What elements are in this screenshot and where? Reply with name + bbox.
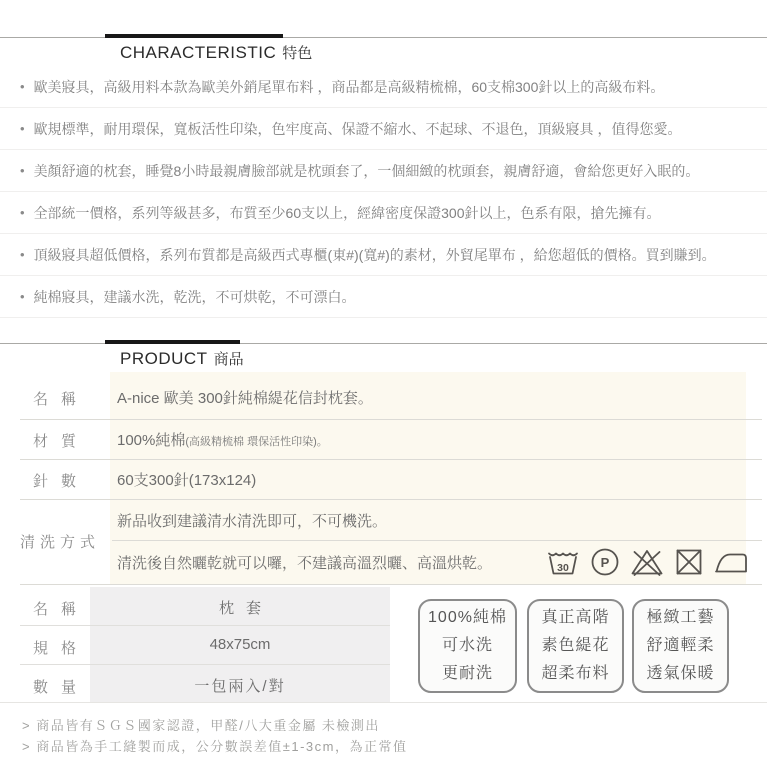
package-qty-label: 數量 (33, 676, 89, 697)
row-divider (20, 499, 762, 500)
footnote-handmade: > 商品皆為手工縫製而成，公分數誤差值±1-3cm，為正常值 (22, 736, 407, 757)
feature-item: • 全部統一價格，系列等級甚多，布質至少60支以上，經緯密度保證300針以上，色… (0, 192, 767, 234)
package-size-value: 48x75cm (90, 636, 390, 653)
care-icon-row: 30 P (545, 544, 749, 580)
row-divider (20, 584, 762, 585)
material-main: 100%純棉 (117, 432, 185, 449)
no-bleach-icon (629, 544, 665, 580)
package-name-value: 枕套 (90, 597, 390, 618)
badge-jacquard: 真正高階 素色緹花 超柔布料 (527, 599, 624, 693)
footnote-sgs: > 商品皆有ＳＧＳ國家認證，甲醛/八大重金屬 未檢測出 (22, 715, 407, 736)
feature-item: • 頂級寢具超低價格，系列布質都是高級西式專櫃(東#)(寬#)的素材，外貿尾單布… (0, 234, 767, 276)
badge-line: 極緻工藝 (646, 604, 714, 632)
badge-line: 素色緹花 (541, 632, 609, 660)
badge-craft: 極緻工藝 舒適輕柔 透氣保暖 (632, 599, 729, 693)
product-description-page: CHARACTERISTIC特色 • 歐美寢具，高級用料本款為歐美外銷尾單布料 … (0, 0, 767, 767)
spec-wash-label: 清洗方式 (20, 531, 100, 552)
characteristic-accent-bar (105, 34, 283, 38)
row-divider (20, 459, 762, 460)
feature-list: • 歐美寢具，高級用料本款為歐美外銷尾單布料 ，商品都是高級精梳棉，60支棉30… (0, 66, 767, 318)
feature-item: • 美顏舒適的枕套，睡覺8小時最親膚臉部就是枕頭套了，一個細緻的枕頭套，親膚舒適… (0, 150, 767, 192)
product-title-en: PRODUCT (120, 349, 208, 368)
row-divider (20, 664, 390, 665)
feature-item: • 純棉寢具，建議水洗，乾洗，不可烘乾，不可漂白。 (0, 276, 767, 318)
product-title-zh: 商品 (214, 351, 244, 368)
spec-material-label: 材質 (33, 430, 89, 451)
badge-cotton: 100%純棉 可水洗 更耐洗 (418, 599, 517, 693)
spec-material-value: 100%純棉(高級精梳棉 環保活性印染)。 (117, 429, 328, 450)
badge-line: 可水洗 (442, 632, 493, 660)
spec-name-label: 名稱 (33, 388, 89, 409)
badge-line: 真正高階 (541, 604, 609, 632)
no-tumble-dry-icon (671, 544, 707, 580)
bullet-icon: • (20, 247, 25, 262)
feature-text: 歐美寢具，高級用料本款為歐美外銷尾單布料 ，商品都是高級精梳棉，60支棉300針… (34, 77, 665, 97)
feature-item: • 歐規標準，耐用環保，寬板活性印染，色牢度高、保證不縮水、不起球、不退色，頂級… (0, 108, 767, 150)
badge-line: 舒適輕柔 (646, 632, 714, 660)
feature-item: • 歐美寢具，高級用料本款為歐美外銷尾單布料 ，商品都是高級精梳棉，60支棉30… (0, 66, 767, 108)
wash-instruction-1: 新品收到建議清水清洗即可，不可機洗。 (117, 510, 387, 531)
row-divider (20, 419, 762, 420)
feature-text: 頂級寢具超低價格，系列布質都是高級西式專櫃(東#)(寬#)的素材，外貿尾單布 ，… (34, 245, 716, 265)
row-divider (20, 625, 390, 626)
package-qty-value: 一包兩入/對 (90, 675, 390, 696)
wash-30-icon: 30 (545, 544, 581, 580)
bullet-icon: • (20, 121, 25, 136)
svg-text:P: P (601, 555, 610, 570)
bullet-icon: • (20, 205, 25, 220)
package-name-label: 名稱 (33, 598, 89, 619)
feature-text: 美顏舒適的枕套，睡覺8小時最親膚臉部就是枕頭套了，一個細緻的枕頭套，親膚舒適，會… (34, 161, 700, 181)
characteristic-title-en: CHARACTERISTIC (120, 43, 276, 62)
badge-line: 更耐洗 (442, 660, 493, 688)
spec-name-value: A-nice 歐美 300針純棉緹花信封枕套。 (117, 387, 373, 408)
section-bottom-rule (0, 702, 767, 703)
characteristic-title-zh: 特色 (282, 45, 312, 62)
svg-text:30: 30 (557, 562, 569, 574)
bullet-icon: • (20, 79, 25, 94)
wash-sub-divider (112, 540, 762, 541)
badge-line: 透氣保暖 (646, 660, 714, 688)
feature-text: 歐規標準，耐用環保，寬板活性印染，色牢度高、保證不縮水、不起球、不退色，頂級寢具… (34, 119, 682, 139)
feature-text: 純棉寢具，建議水洗，乾洗，不可烘乾，不可漂白。 (34, 287, 356, 307)
iron-icon (713, 544, 749, 580)
material-note: (高級精梳棉 環保活性印染)。 (185, 436, 327, 448)
package-size-label: 規格 (33, 637, 89, 658)
characteristic-title: CHARACTERISTIC特色 (120, 42, 312, 63)
badge-line: 100%純棉 (428, 604, 507, 632)
footnotes: > 商品皆有ＳＧＳ國家認證，甲醛/八大重金屬 未檢測出 > 商品皆為手工縫製而成… (22, 715, 407, 757)
product-accent-bar (105, 340, 240, 344)
bullet-icon: • (20, 163, 25, 178)
feature-text: 全部統一價格，系列等級甚多，布質至少60支以上，經緯密度保證300針以上，色系有… (34, 203, 661, 223)
bullet-icon: • (20, 289, 25, 304)
spec-needle-value: 60支300針(173x124) (117, 469, 256, 490)
dryclean-p-icon: P (587, 544, 623, 580)
product-title: PRODUCT商品 (120, 348, 244, 369)
badge-line: 超柔布料 (541, 660, 609, 688)
wash-instruction-2: 清洗後自然曬乾就可以囉，不建議高溫烈曬、高溫烘乾。 (117, 552, 492, 573)
spec-needle-label: 針數 (33, 470, 89, 491)
